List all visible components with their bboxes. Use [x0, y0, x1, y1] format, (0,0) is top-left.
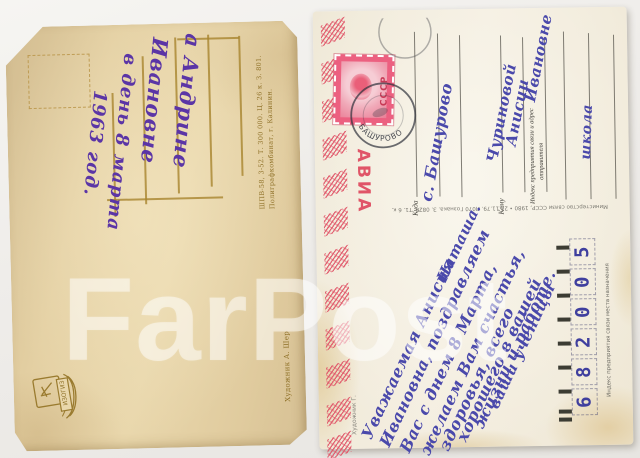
sender-handwritten-value: школа	[579, 104, 595, 160]
airmail-border-stripe	[324, 207, 348, 237]
index-digit-cell: 0	[570, 298, 596, 325]
avia-airmail-label: АВИА	[354, 149, 372, 215]
index-guide-mark	[559, 389, 572, 393]
index-guide-mark	[557, 293, 570, 297]
index-digit-cell: 0	[570, 268, 596, 295]
destination-index-label: Индекс предприятия связи места назначени…	[606, 263, 614, 397]
index-digit: 6	[574, 396, 596, 408]
index-guide-mark	[556, 245, 569, 249]
index-digit-cell: 5	[569, 238, 595, 265]
index-digit: 8	[573, 366, 595, 378]
index-digit-cell: 6	[572, 388, 598, 415]
airmail-border-stripe	[327, 397, 351, 427]
index-digit: 0	[572, 276, 594, 288]
address-line	[238, 36, 243, 176]
second-postmark-partial	[375, 18, 436, 67]
index-digit: 0	[572, 306, 594, 318]
handwriting-line: в день 8 марта	[103, 53, 138, 232]
index-guide-mark	[557, 317, 570, 321]
farpost-watermark: FarPost	[62, 252, 508, 388]
address-line	[459, 35, 463, 197]
index-digit: 5	[571, 246, 593, 258]
komu-handwritten-patronymic: Ивановне	[523, 13, 555, 103]
postmark: БАШУРОВО	[344, 76, 423, 155]
address-line	[207, 35, 213, 187]
photo-of-postcards: а Андрине Ивановне в день 8 марта 1963 г…	[0, 0, 640, 458]
print-run-imprint: ШПВ-58, 3-52. Т. 300 000. Ц. 26 к. З. 80…	[256, 55, 266, 209]
sender-address-line	[613, 35, 617, 199]
sender-index-label-line2: отправителя	[539, 143, 546, 180]
sender-address-line	[563, 32, 567, 200]
index-digit-cell: 2	[571, 328, 597, 355]
index-guide-mark	[559, 409, 572, 413]
index-guide-mark	[557, 269, 570, 273]
artist-credit: Художник Г.	[352, 395, 359, 435]
airmail-border-stripe	[321, 17, 345, 47]
stamp-box-outline	[28, 54, 91, 109]
postal-index-code: 5 0 0 2 8 6	[569, 238, 598, 415]
airmail-border-stripe	[323, 169, 347, 199]
index-guide-mark	[558, 365, 571, 369]
printer-imprint: Полиграфкомбинат, г. Калинин.	[266, 89, 275, 210]
kuda-handwritten-value: с. Башурово	[419, 82, 456, 203]
index-digit-cell: 8	[571, 358, 597, 385]
index-guide-mark	[559, 417, 572, 421]
airmail-border-stripe	[327, 431, 351, 458]
airmail-border-stripe	[323, 131, 347, 161]
sender-index-label-line1: Индекс предприятия связи и адрес	[529, 108, 537, 204]
index-digit: 2	[573, 336, 595, 348]
index-guide-mark	[558, 341, 571, 345]
